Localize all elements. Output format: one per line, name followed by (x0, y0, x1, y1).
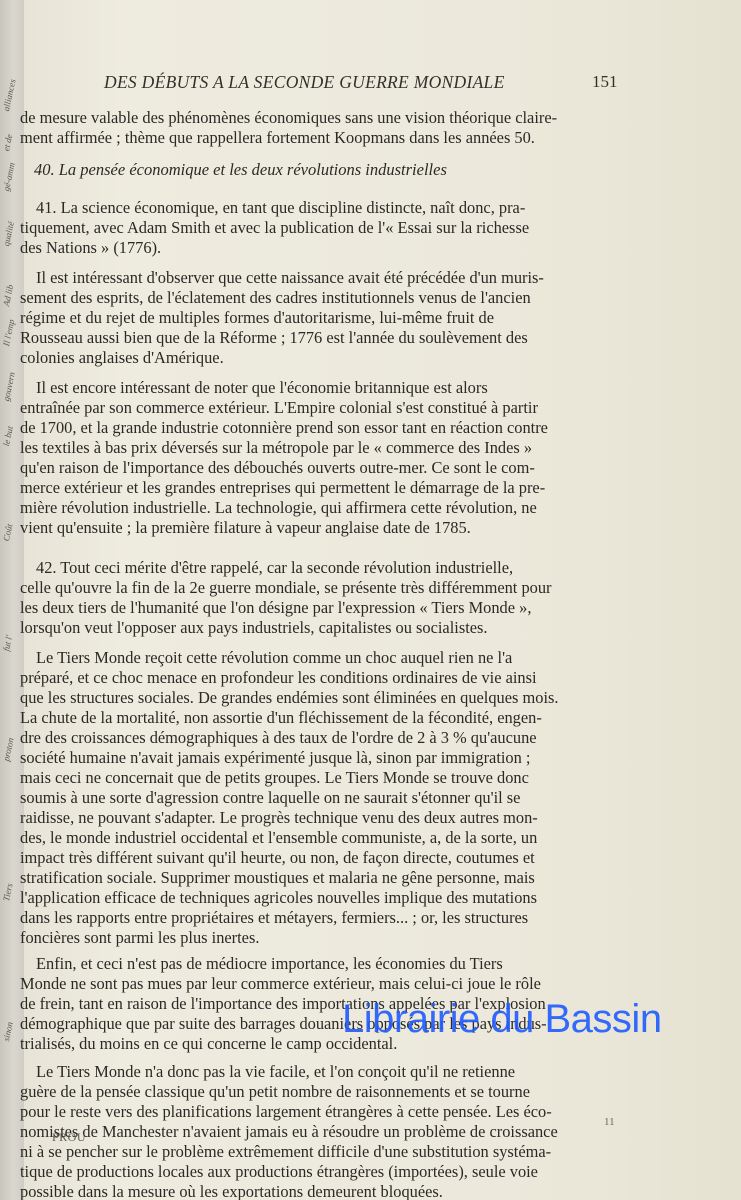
text-line: soumis à une sorte d'agression contre la… (20, 788, 632, 808)
gutter-text-fragment: fut l' (1, 634, 14, 652)
text-line: que les structures sociales. De grandes … (20, 688, 632, 708)
text-line: colonies anglaises d'Amérique. (20, 348, 632, 368)
text-line: entraînée par son commerce extérieur. L'… (20, 398, 632, 418)
signature-mark: 11 (604, 1116, 615, 1128)
text-line: ment affirmée ; thème que rappellera for… (20, 128, 632, 148)
text-line: celle qu'ouvre la fin de la 2e guerre mo… (20, 578, 632, 598)
text-line: les textiles à bas prix déversés sur la … (20, 438, 632, 458)
book-page: alliances et de gé-amm qualité Ad lib Il… (0, 0, 741, 1200)
text-line: Enfin, et ceci n'est pas de médiocre imp… (20, 954, 632, 974)
text-line: régime et du rejet de multiples formes d… (20, 308, 632, 328)
text-line: des Nations » (1776). (20, 238, 632, 258)
gutter-text-fragment: qualité (1, 221, 16, 248)
gutter-text-fragment: Coût (1, 523, 14, 542)
section-heading: 40. La pensée économique et les deux rév… (20, 160, 632, 180)
text-line: qu'en raison de l'importance des débouch… (20, 458, 632, 478)
text-line: 42. Tout ceci mérite d'être rappelé, car… (20, 558, 632, 578)
text-line: impact très différent suivant qu'il heur… (20, 848, 632, 868)
text-line: sement des esprits, de l'éclatement des … (20, 288, 632, 308)
text-line: Il est encore intéressant de noter que l… (20, 378, 632, 398)
text-line: de mesure valable des phénomènes économi… (20, 108, 632, 128)
text-line: pour le reste vers des planifications la… (20, 1102, 632, 1122)
text-line: Monde ne sont pas mues par leur commerce… (20, 974, 632, 994)
paragraph-41c: Il est encore intéressant de noter que l… (20, 378, 632, 538)
gutter-text-fragment: et de (1, 133, 14, 152)
text-line: 41. La science économique, en tant que d… (20, 198, 632, 218)
gutter-text-fragment: le but (1, 425, 15, 447)
text-line: stratification sociale. Supprimer mousti… (20, 868, 632, 888)
text-line: Rousseau aussi bien que de la Réforme ; … (20, 328, 632, 348)
gutter-text-fragment: gouvern (1, 371, 17, 402)
text-line: raidisse, ne pouvant s'adapter. Le progr… (20, 808, 632, 828)
text-line: ni à se pencher sur le problème extrêmem… (20, 1142, 632, 1162)
paragraph-41: 41. La science économique, en tant que d… (20, 198, 632, 258)
gutter-text-fragment: Ad lib (1, 284, 15, 307)
gutter-text-fragment: alliances (1, 78, 18, 112)
gutter-text-fragment: Tiers (1, 882, 15, 902)
text-line: merce extérieur et les grandes entrepris… (20, 478, 632, 498)
text-line: les deux tiers de l'humanité que l'on dé… (20, 598, 632, 618)
text-line: l'application efficace de techniques agr… (20, 888, 632, 908)
text-line: nomistes de Manchester n'avaient jamais … (20, 1122, 632, 1142)
running-head: DES DÉBUTS A LA SECONDE GUERRE MONDIALE … (104, 72, 644, 94)
paragraph-42: 42. Tout ceci mérite d'être rappelé, car… (20, 558, 632, 638)
printer-imprint: PROU (52, 1130, 86, 1145)
text-line: dre des croissances démographiques à des… (20, 728, 632, 748)
text-line: mière révolution industrielle. La techno… (20, 498, 632, 518)
gutter-text-fragment: Il l'emp (1, 318, 16, 347)
text-line: Le Tiers Monde reçoit cette révolution c… (20, 648, 632, 668)
seller-watermark: Librairie du Bassin (342, 997, 662, 1042)
text-line: guère de la pensée classique qu'un petit… (20, 1082, 632, 1102)
text-line: vient qu'ensuite ; la première filature … (20, 518, 632, 538)
text-line: dans les rapports entre propriétaires et… (20, 908, 632, 928)
text-line: préparé, et ce choc menace en profondeur… (20, 668, 632, 688)
gutter-text-fragment: proton (1, 737, 16, 762)
text-line: Le Tiers Monde n'a donc pas la vie facil… (20, 1062, 632, 1082)
text-line: tique de productions locales aux product… (20, 1162, 632, 1182)
gutter-text-fragment: gé-amm (1, 162, 17, 192)
text-line: mais ceci ne concernait que de petits gr… (20, 768, 632, 788)
gutter-text-fragment: sinon (1, 1021, 15, 1042)
text-line: foncières sont parmi les plus inertes. (20, 928, 632, 948)
paragraph-41b: Il est intéressant d'observer que cette … (20, 268, 632, 368)
text-line: La chute de la mortalité, non assortie d… (20, 708, 632, 728)
paragraph-42d: Le Tiers Monde n'a donc pas la vie facil… (20, 1062, 632, 1200)
paragraph-42b: Le Tiers Monde reçoit cette révolution c… (20, 648, 632, 948)
page-number: 151 (592, 72, 618, 92)
text-line: de 1700, et la grande industrie cotonniè… (20, 418, 632, 438)
text-line: tiquement, avec Adam Smith et avec la pu… (20, 218, 632, 238)
text-line: société humaine n'avait jamais expérimen… (20, 748, 632, 768)
running-title: DES DÉBUTS A LA SECONDE GUERRE MONDIALE (104, 72, 505, 93)
text-line: des, le monde industriel occidental et l… (20, 828, 632, 848)
text-line: possible dans la mesure où les exportati… (20, 1182, 632, 1200)
text-line: lorsqu'on veut l'opposer aux pays indust… (20, 618, 632, 638)
text-line: Il est intéressant d'observer que cette … (20, 268, 632, 288)
